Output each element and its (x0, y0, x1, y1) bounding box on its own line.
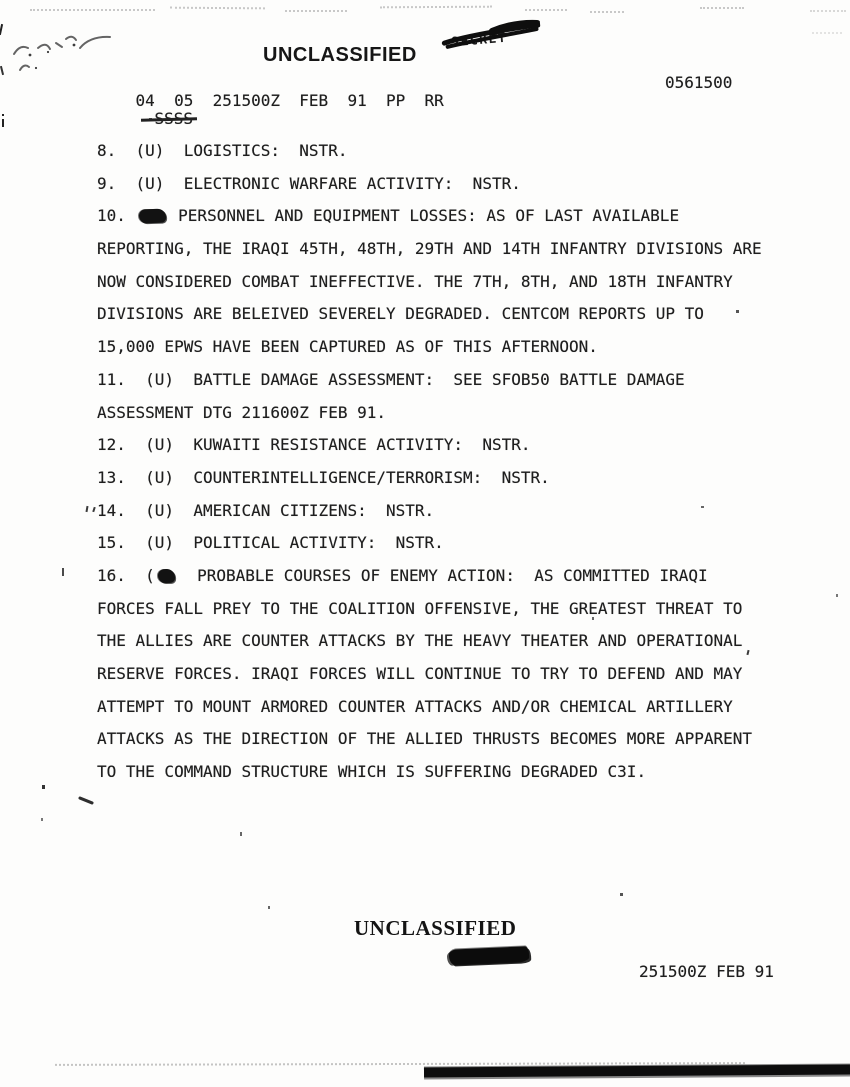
scan-artifact (836, 594, 838, 597)
document-line: 10. PERSONNEL AND EQUIPMENT LOSSES: AS O… (97, 200, 797, 233)
routing-left: 04 05 251500Z FEB 91 PP RR (136, 92, 444, 110)
routing-struck-code: SSSS (155, 110, 194, 128)
document-line: 13. (U) COUNTERINTELLIGENCE/TERRORISM: N… (97, 462, 797, 495)
line-text: 10. (97, 206, 136, 225)
scan-artifact (85, 506, 88, 512)
scan-artifact (0, 24, 3, 35)
scan-artifact (285, 10, 347, 12)
document-line: 15. (U) POLITICAL ACTIVITY: NSTR. (97, 527, 797, 560)
document-line: 12. (U) KUWAITI RESISTANCE ACTIVITY: NST… (97, 429, 797, 462)
document-line: 11. (U) BATTLE DAMAGE ASSESSMENT: SEE SF… (97, 364, 797, 397)
line-text: DIVISIONS ARE BELEIVED SEVERELY DEGRADED… (97, 304, 704, 323)
bottom-scan-bar (424, 1065, 850, 1078)
scanned-document-page: { "document": { "stamp_top": "SECRET", "… (0, 0, 850, 1087)
scan-artifact (0, 66, 4, 75)
scan-artifact (42, 785, 45, 789)
document-page: SECRET UNCLASSIFIED 04 05 251500Z FEB 91… (0, 0, 850, 1087)
line-text: 12. (U) KUWAITI RESISTANCE ACTIVITY: NST… (97, 435, 530, 454)
line-text: ATTACKS AS THE DIRECTION OF THE ALLIED T… (97, 729, 752, 748)
scan-artifact (268, 906, 270, 909)
scan-artifact (62, 568, 64, 576)
secret-stamp-crossed-out: SECRET (440, 18, 542, 57)
document-line: 9. (U) ELECTRONIC WARFARE ACTIVITY: NSTR… (97, 168, 797, 201)
line-text: FORCES FALL PREY TO THE COALITION OFFENS… (97, 599, 742, 618)
scan-artifact (380, 6, 492, 9)
scan-artifact (78, 796, 94, 805)
line-text: 15,000 EPWS HAVE BEEN CAPTURED AS OF THI… (97, 337, 598, 356)
redaction-mark-footer (449, 946, 530, 964)
document-line: ATTACKS AS THE DIRECTION OF THE ALLIED T… (97, 723, 797, 756)
document-body: 8. (U) LOGISTICS: NSTR.9. (U) ELECTRONIC… (97, 135, 797, 789)
redaction-scribble (158, 569, 175, 584)
scan-artifact (2, 119, 4, 127)
document-line: RESERVE FORCES. IRAQI FORCES WILL CONTIN… (97, 658, 797, 691)
line-text: ATTEMPT TO MOUNT ARMORED COUNTER ATTACKS… (97, 697, 733, 716)
document-line: ASSESSMENT DTG 211600Z FEB 91. (97, 397, 797, 430)
classification-header: UNCLASSIFIED (263, 44, 417, 67)
scan-artifact (525, 9, 567, 11)
line-text: TO THE COMMAND STRUCTURE WHICH IS SUFFER… (97, 762, 646, 781)
scan-artifact (812, 32, 842, 34)
line-text: NOW CONSIDERED COMBAT INEFFECTIVE. THE 7… (97, 272, 733, 291)
line-text: RESERVE FORCES. IRAQI FORCES WILL CONTIN… (97, 664, 742, 683)
redaction-scribble (138, 209, 165, 224)
line-text: PROBABLE COURSES OF ENEMY ACTION: AS COM… (178, 566, 708, 585)
line-text: THE ALLIES ARE COUNTER ATTACKS BY THE HE… (97, 631, 742, 650)
document-line: REPORTING, THE IRAQI 45TH, 48TH, 29TH AN… (97, 233, 797, 266)
line-text: 11. (U) BATTLE DAMAGE ASSESSMENT: SEE SF… (97, 370, 685, 389)
line-text: 13. (U) COUNTERINTELLIGENCE/TERRORISM: N… (97, 468, 550, 487)
document-line: THE ALLIES ARE COUNTER ATTACKS BY THE HE… (97, 625, 797, 658)
document-line: FORCES FALL PREY TO THE COALITION OFFENS… (97, 593, 797, 626)
scan-artifact (700, 7, 744, 9)
document-line: TO THE COMMAND STRUCTURE WHICH IS SUFFER… (97, 756, 797, 789)
classification-footer: UNCLASSIFIED (354, 916, 516, 941)
line-text: REPORTING, THE IRAQI 45TH, 48TH, 29TH AN… (97, 239, 762, 258)
document-line: NOW CONSIDERED COMBAT INEFFECTIVE. THE 7… (97, 266, 797, 299)
line-text: ASSESSMENT DTG 211600Z FEB 91. (97, 403, 386, 422)
document-line: 8. (U) LOGISTICS: NSTR. (97, 135, 797, 168)
line-text: 15. (U) POLITICAL ACTIVITY: NSTR. (97, 533, 444, 552)
scan-artifact (41, 818, 43, 821)
document-line: DIVISIONS ARE BELEIVED SEVERELY DEGRADED… (97, 298, 797, 331)
document-line: 16. ( PROBABLE COURSES OF ENEMY ACTION: … (97, 560, 797, 593)
scan-artifact (92, 507, 95, 512)
line-text: 8. (U) LOGISTICS: NSTR. (97, 141, 347, 160)
scan-artifact (170, 7, 265, 10)
routing-serial-number: 0561500 (665, 74, 732, 92)
scan-artifact (620, 893, 623, 896)
document-line: ATTEMPT TO MOUNT ARMORED COUNTER ATTACKS… (97, 691, 797, 724)
line-text: 9. (U) ELECTRONIC WARFARE ACTIVITY: NSTR… (97, 174, 521, 193)
scan-artifact (2, 114, 4, 116)
document-line: 15,000 EPWS HAVE BEEN CAPTURED AS OF THI… (97, 331, 797, 364)
line-text: 14. (U) AMERICAN CITIZENS: NSTR. (97, 501, 434, 520)
scan-artifact (30, 9, 155, 11)
line-text: 16. ( (97, 566, 155, 585)
document-line: 14. (U) AMERICAN CITIZENS: NSTR. (97, 495, 797, 528)
footer-dtg: 251500Z FEB 91 (639, 962, 774, 981)
scan-artifact (590, 11, 624, 13)
line-text: PERSONNEL AND EQUIPMENT LOSSES: AS OF LA… (169, 206, 680, 225)
scan-artifact (810, 10, 846, 12)
scan-artifact (240, 832, 242, 836)
